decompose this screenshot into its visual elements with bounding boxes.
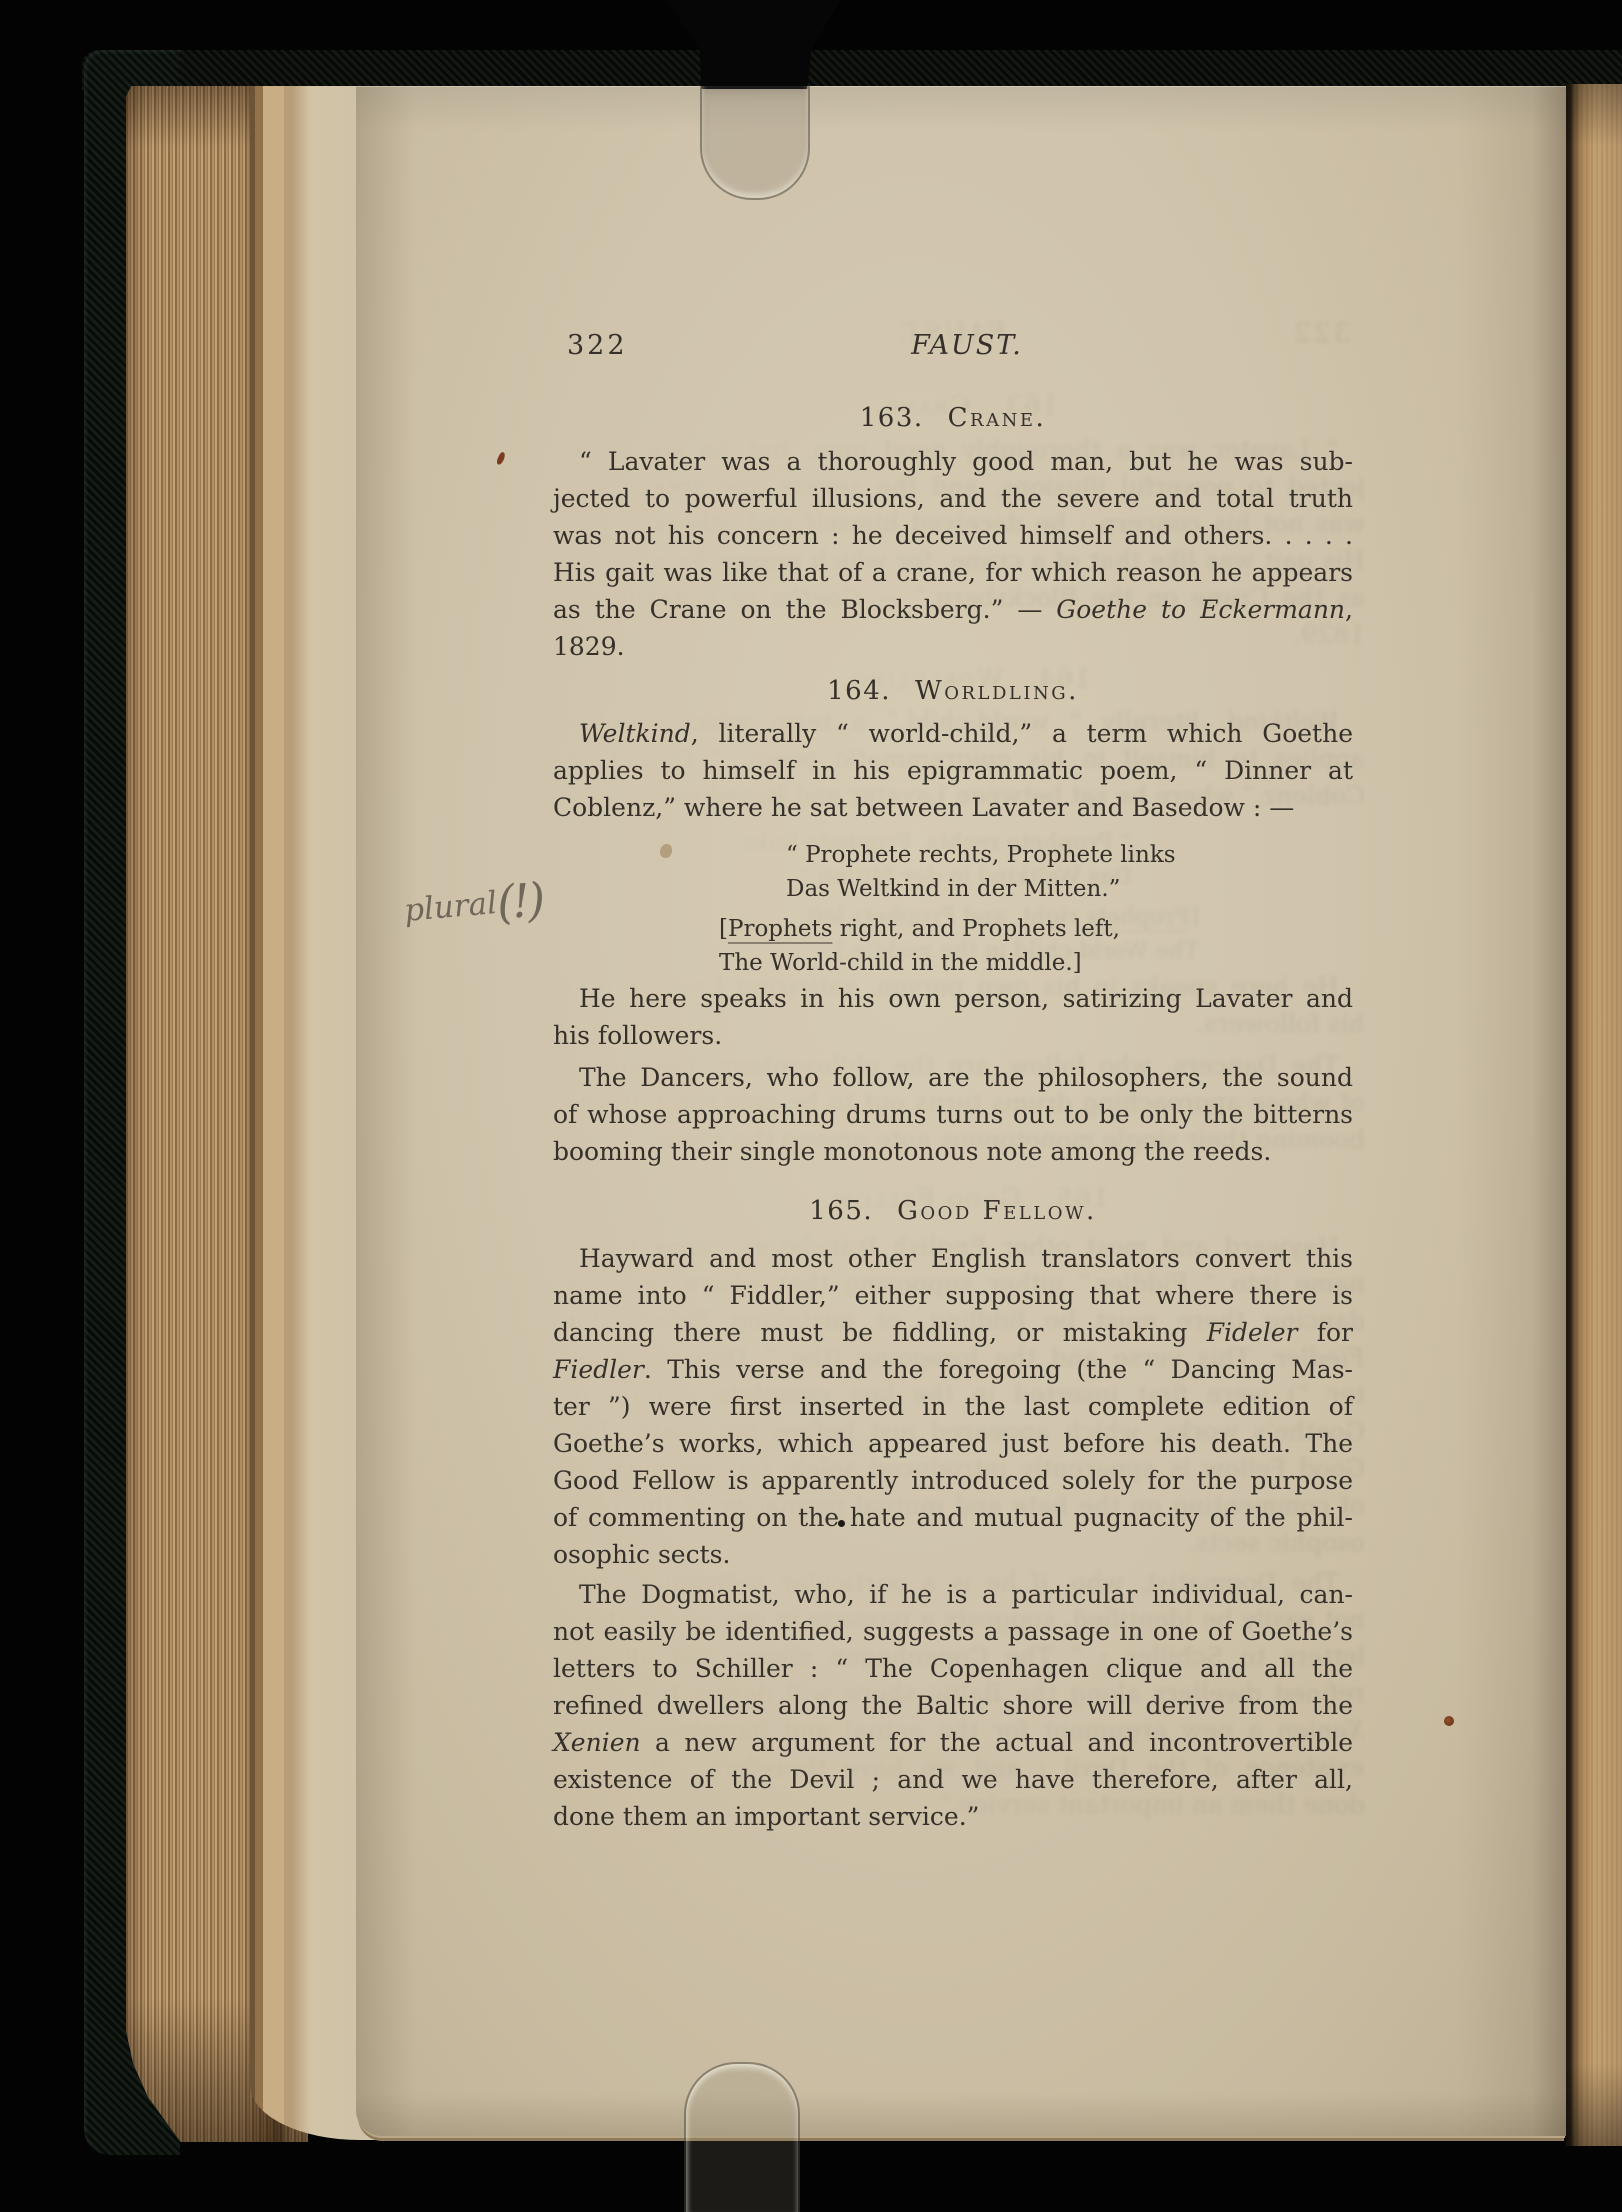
scanner-page-holder-bottom <box>684 2062 800 2212</box>
text-line: osophic sects. <box>553 1536 1353 1573</box>
verse-line: The World-child in the middle.] <box>719 946 1353 980</box>
text-line: name into “ Fiddler,” either supposing t… <box>553 1277 1353 1314</box>
text-line: done them an important service.” <box>553 1798 1353 1835</box>
running-title: FAUST. <box>567 330 1367 361</box>
pencil-underline: Prophets <box>728 916 833 942</box>
paper-fleck <box>1444 1716 1454 1726</box>
paragraph: Weltkind, literally “ world-child,” a te… <box>553 715 1353 826</box>
text-line: not easily be identified, suggests a pas… <box>553 1613 1353 1650</box>
section-heading: 165.Good Fellow. <box>553 1193 1353 1230</box>
ink-spot <box>838 1520 845 1527</box>
text-line: applies to himself in his epigrammatic p… <box>553 752 1353 789</box>
text-line: his followers. <box>553 1017 1353 1054</box>
text-line: as the Crane on the Blocksberg.” — Goeth… <box>553 591 1353 628</box>
text-line: was not his concern : he deceived himsel… <box>553 517 1353 554</box>
section-number: 163. <box>860 403 924 433</box>
text-line: Goethe’s works, which appeared just befo… <box>553 1425 1353 1462</box>
text-line: “ Lavater was a thoroughly good man, but… <box>553 443 1353 480</box>
section-title: Crane. <box>948 403 1047 433</box>
verse-line: [Prophets right, and Prophets left, <box>719 912 1353 946</box>
section-number: 164. <box>827 676 891 706</box>
text-line: booming their single monotonous note amo… <box>553 1133 1353 1170</box>
text-line: of whose approaching drums turns out to … <box>553 1096 1353 1133</box>
text-line: He here speaks in his own person, satiri… <box>553 980 1353 1017</box>
text-line: letters to Schiller : “ The Copenhagen c… <box>553 1650 1353 1687</box>
book-scan-photo: 322 FAUST. 163.Crane.“ Lavater was a tho… <box>0 0 1622 2212</box>
text-line: Fiedler. This verse and the foregoing (t… <box>553 1351 1353 1388</box>
text-line: refined dwellers along the Baltic shore … <box>553 1687 1353 1724</box>
verse-line: Das Weltkind in der Mitten.” <box>786 872 1353 906</box>
text-line: 1829. <box>553 628 1353 665</box>
text-line: His gait was like that of a crane, for w… <box>553 554 1353 591</box>
verse-line: “ Prophete rechts, Prophete links <box>786 838 1353 872</box>
section-title: Good Fellow. <box>897 1196 1097 1226</box>
verse-block: [Prophets right, and Prophets left,The W… <box>719 912 1353 980</box>
section-number: 165. <box>809 1196 873 1226</box>
scanner-page-holder-top <box>700 86 810 200</box>
section-heading: 164.Worldling. <box>553 673 1353 710</box>
text-line: dancing there must be fiddling, or mista… <box>553 1314 1353 1351</box>
section-heading: 163.Crane. <box>553 400 1353 437</box>
text-line: Coblenz,” where he sat between Lavater a… <box>553 789 1353 826</box>
margin-note-mark: (!) <box>495 872 545 930</box>
paragraph: The Dogmatist, who, if he is a particula… <box>553 1576 1353 1835</box>
paragraph: The Dancers, who follow, are the philoso… <box>553 1059 1353 1170</box>
facing-page-edge <box>1566 84 1622 2146</box>
page-text: 322 FAUST. 163.Crane.“ Lavater was a tho… <box>553 0 1353 1835</box>
verse-block: “ Prophete rechts, Prophete linksDas Wel… <box>786 838 1353 906</box>
text-line: The Dancers, who follow, are the philoso… <box>553 1059 1353 1096</box>
section-title: Worldling. <box>915 676 1079 706</box>
text-line: existence of the Devil ; and we have the… <box>553 1761 1353 1798</box>
paragraph: Hayward and most other English translato… <box>553 1240 1353 1573</box>
paragraph: He here speaks in his own person, satiri… <box>553 980 1353 1054</box>
text-line: Weltkind, literally “ world-child,” a te… <box>553 715 1353 752</box>
text-line: jected to powerful illusions, and the se… <box>553 480 1353 517</box>
margin-note-word: plural <box>403 885 499 929</box>
text-line: The Dogmatist, who, if he is a particula… <box>553 1576 1353 1613</box>
paragraph: “ Lavater was a thoroughly good man, but… <box>553 443 1353 665</box>
text-line: ter ”) were first inserted in the last c… <box>553 1388 1353 1425</box>
text-line: Good Fellow is apparently introduced sol… <box>553 1462 1353 1499</box>
text-line: Xenien a new argument for the actual and… <box>553 1724 1353 1761</box>
text-line: Hayward and most other English translato… <box>553 1240 1353 1277</box>
page-header: 322 FAUST. <box>553 330 1353 367</box>
text-line: of commenting on the hate and mutual pug… <box>553 1499 1353 1536</box>
